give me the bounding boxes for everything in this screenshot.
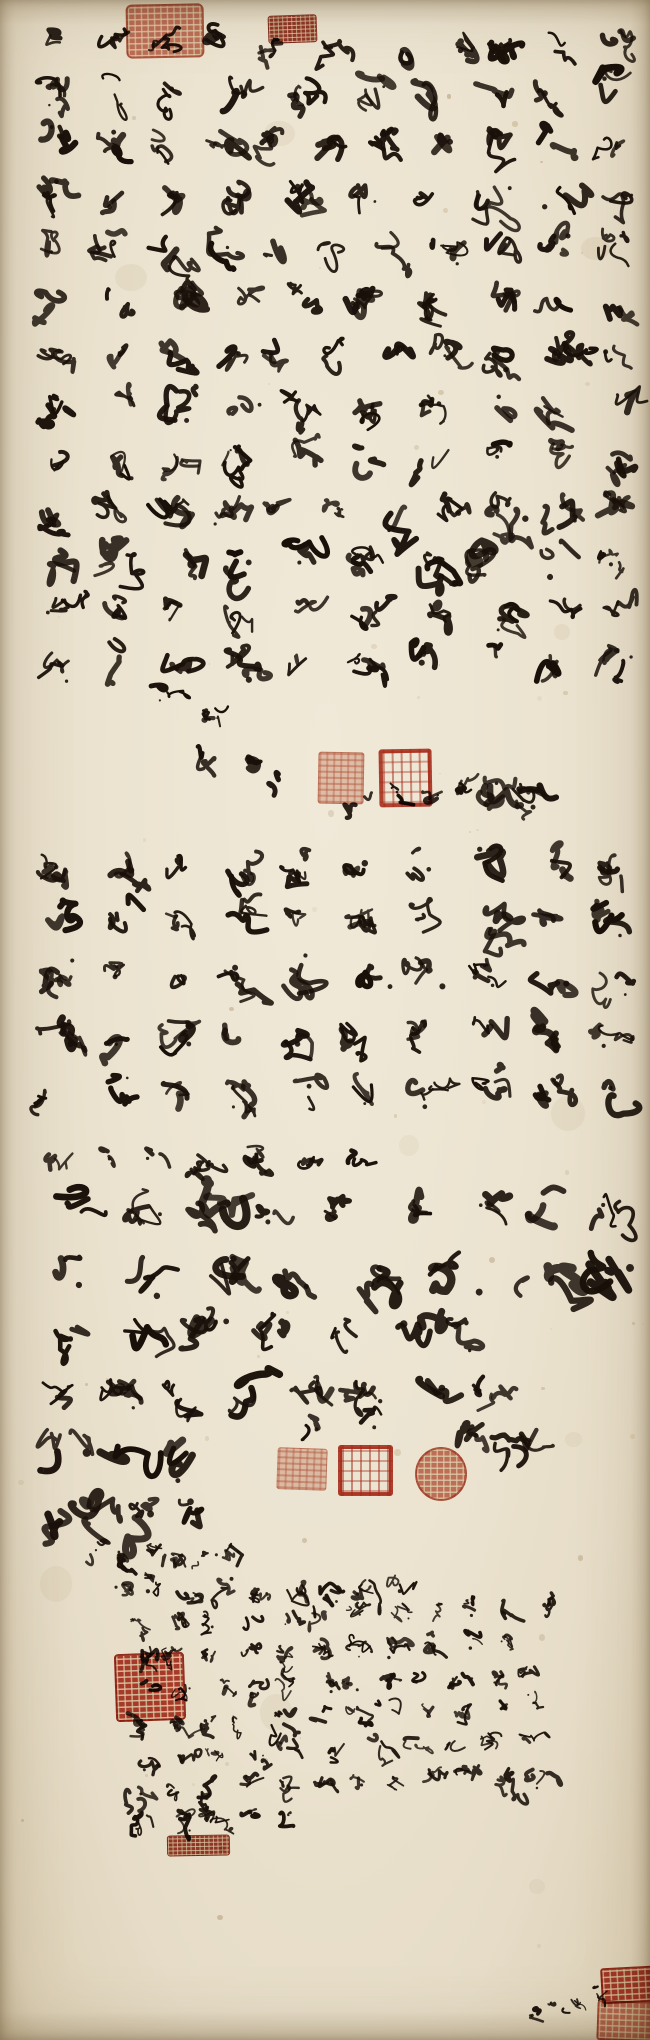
seal-layer <box>0 0 650 2040</box>
seal-cluster-outline <box>338 1445 393 1496</box>
seal-mid-faded <box>318 752 365 805</box>
calligraphy-scroll <box>0 0 650 2040</box>
seal-corner-top <box>600 1966 650 2005</box>
seal-cluster-round <box>415 1447 467 1501</box>
seal-signature-bar <box>167 1834 230 1856</box>
seal-top-left <box>126 3 205 58</box>
seal-top-small-bar <box>268 14 318 44</box>
seal-colophon-large <box>114 1652 186 1722</box>
seal-cluster-faded <box>276 1447 327 1491</box>
seal-corner-bottom <box>596 2000 650 2040</box>
seal-mid-bright <box>378 749 432 808</box>
